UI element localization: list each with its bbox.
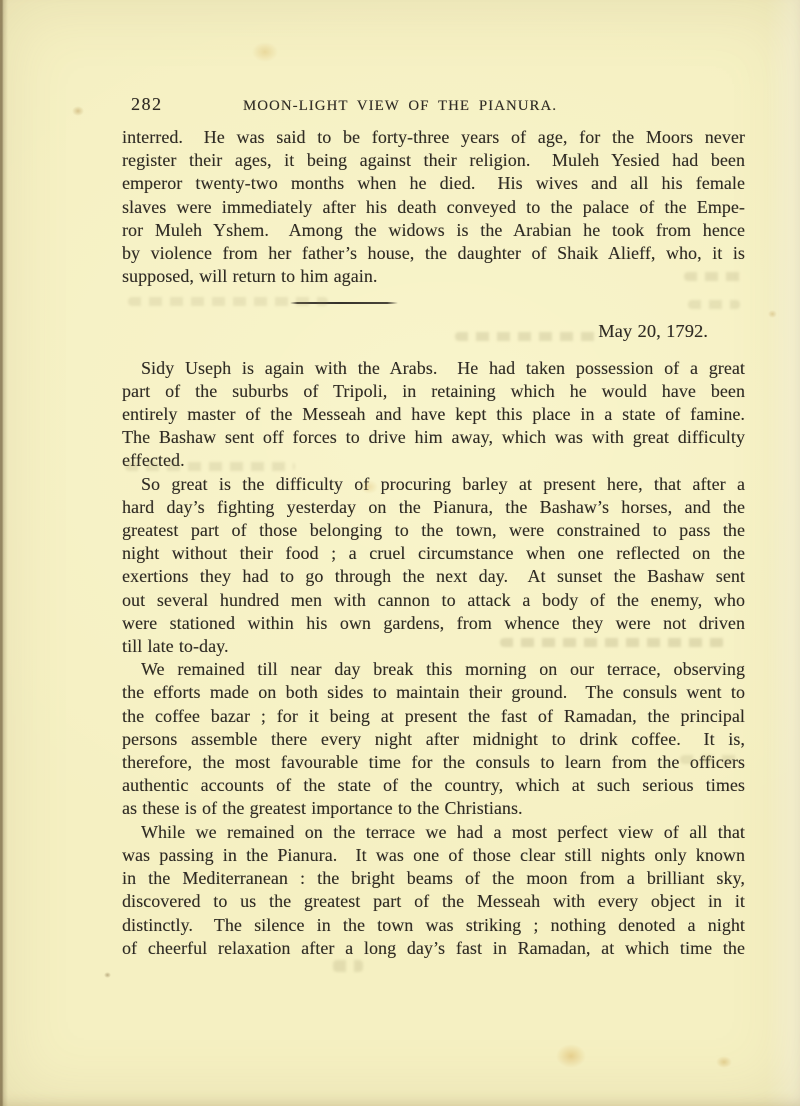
bleed-through-artifact xyxy=(333,960,363,972)
text-line: as these is of the greatest importance t… xyxy=(122,797,745,820)
text-line: hard day’s fighting yesterday on the Pia… xyxy=(122,496,745,519)
text-line: register their ages, it being against th… xyxy=(122,149,745,172)
paper-stain xyxy=(556,1044,586,1068)
page-edge-highlight xyxy=(766,0,800,1106)
text-line: authentic accounts of the state of the c… xyxy=(122,774,745,797)
text-line: persons assemble there every night after… xyxy=(122,728,745,751)
text-line: the efforts made on both sides to mainta… xyxy=(122,681,745,704)
text-line: was passing in the Pianura. It was one o… xyxy=(122,844,745,867)
paragraph: We remained till near day break this mor… xyxy=(122,658,745,820)
paper-stain xyxy=(104,972,111,978)
paper-stain xyxy=(252,42,278,62)
paragraph: So great is the difficulty of procuring … xyxy=(122,473,745,659)
book-gutter-shadow xyxy=(0,0,8,1106)
date-line: May 20, 1792. xyxy=(122,320,745,343)
text-line: supposed, will return to him again. xyxy=(122,265,745,288)
text-line: discovered to us the greatest part of th… xyxy=(122,890,745,913)
text-line: distinctly. The silence in the town was … xyxy=(122,914,745,937)
paragraph: Sidy Useph is again with the Arabs. He h… xyxy=(122,357,745,473)
text-line: effected. xyxy=(122,449,745,472)
running-header: MOON-LIGHT VIEW OF THE PIANURA. xyxy=(243,98,557,115)
text-line: We remained till near day break this mor… xyxy=(122,658,745,681)
text-line: exertions they had to go through the nex… xyxy=(122,565,745,588)
page-body: interred. He was said to be forty-three … xyxy=(122,126,745,960)
text-line: interred. He was said to be forty-three … xyxy=(122,126,745,149)
paper-stain xyxy=(72,106,84,116)
paragraph: While we remained on the terrace we had … xyxy=(122,821,745,960)
text-line: slaves were immediately after his death … xyxy=(122,196,745,219)
journal-entry-previous: interred. He was said to be forty-three … xyxy=(122,126,745,288)
text-line: While we remained on the terrace we had … xyxy=(122,821,745,844)
text-line: by violence from her father’s house, the… xyxy=(122,242,745,265)
book-page-scan: 282 MOON-LIGHT VIEW OF THE PIANURA. inte… xyxy=(0,0,800,1106)
paper-stain xyxy=(716,1056,732,1068)
text-line: night without their food ; a cruel circu… xyxy=(122,542,745,565)
text-line: Sidy Useph is again with the Arabs. He h… xyxy=(122,357,745,380)
text-line: greatest part of those belonging to the … xyxy=(122,519,745,542)
text-line: were stationed within his own gardens, f… xyxy=(122,612,745,635)
text-line: part of the suburbs of Tripoli, in retai… xyxy=(122,380,745,403)
paragraph: interred. He was said to be forty-three … xyxy=(122,126,745,288)
journal-entry-current: Sidy Useph is again with the Arabs. He h… xyxy=(122,357,745,960)
text-line: The Bashaw sent off forces to drive him … xyxy=(122,426,745,449)
text-line: So great is the difficulty of procuring … xyxy=(122,473,745,496)
page-number: 282 xyxy=(131,94,163,115)
text-line: in the Mediterranean : the bright beams … xyxy=(122,867,745,890)
text-line: therefore, the most favourable time for … xyxy=(122,751,745,774)
text-line: out several hundred men with cannon to a… xyxy=(122,589,745,612)
text-line: emperor twenty-two months when he died. … xyxy=(122,172,745,195)
text-line: the coffee bazar ; for it being at prese… xyxy=(122,705,745,728)
text-line: till late to-day. xyxy=(122,635,745,658)
text-line: of cheerful relaxation after a long day’… xyxy=(122,937,745,960)
text-line: entirely master of the Messeah and have … xyxy=(122,403,745,426)
section-divider xyxy=(290,302,398,304)
text-line: ror Muleh Yshem. Among the widows is the… xyxy=(122,219,745,242)
